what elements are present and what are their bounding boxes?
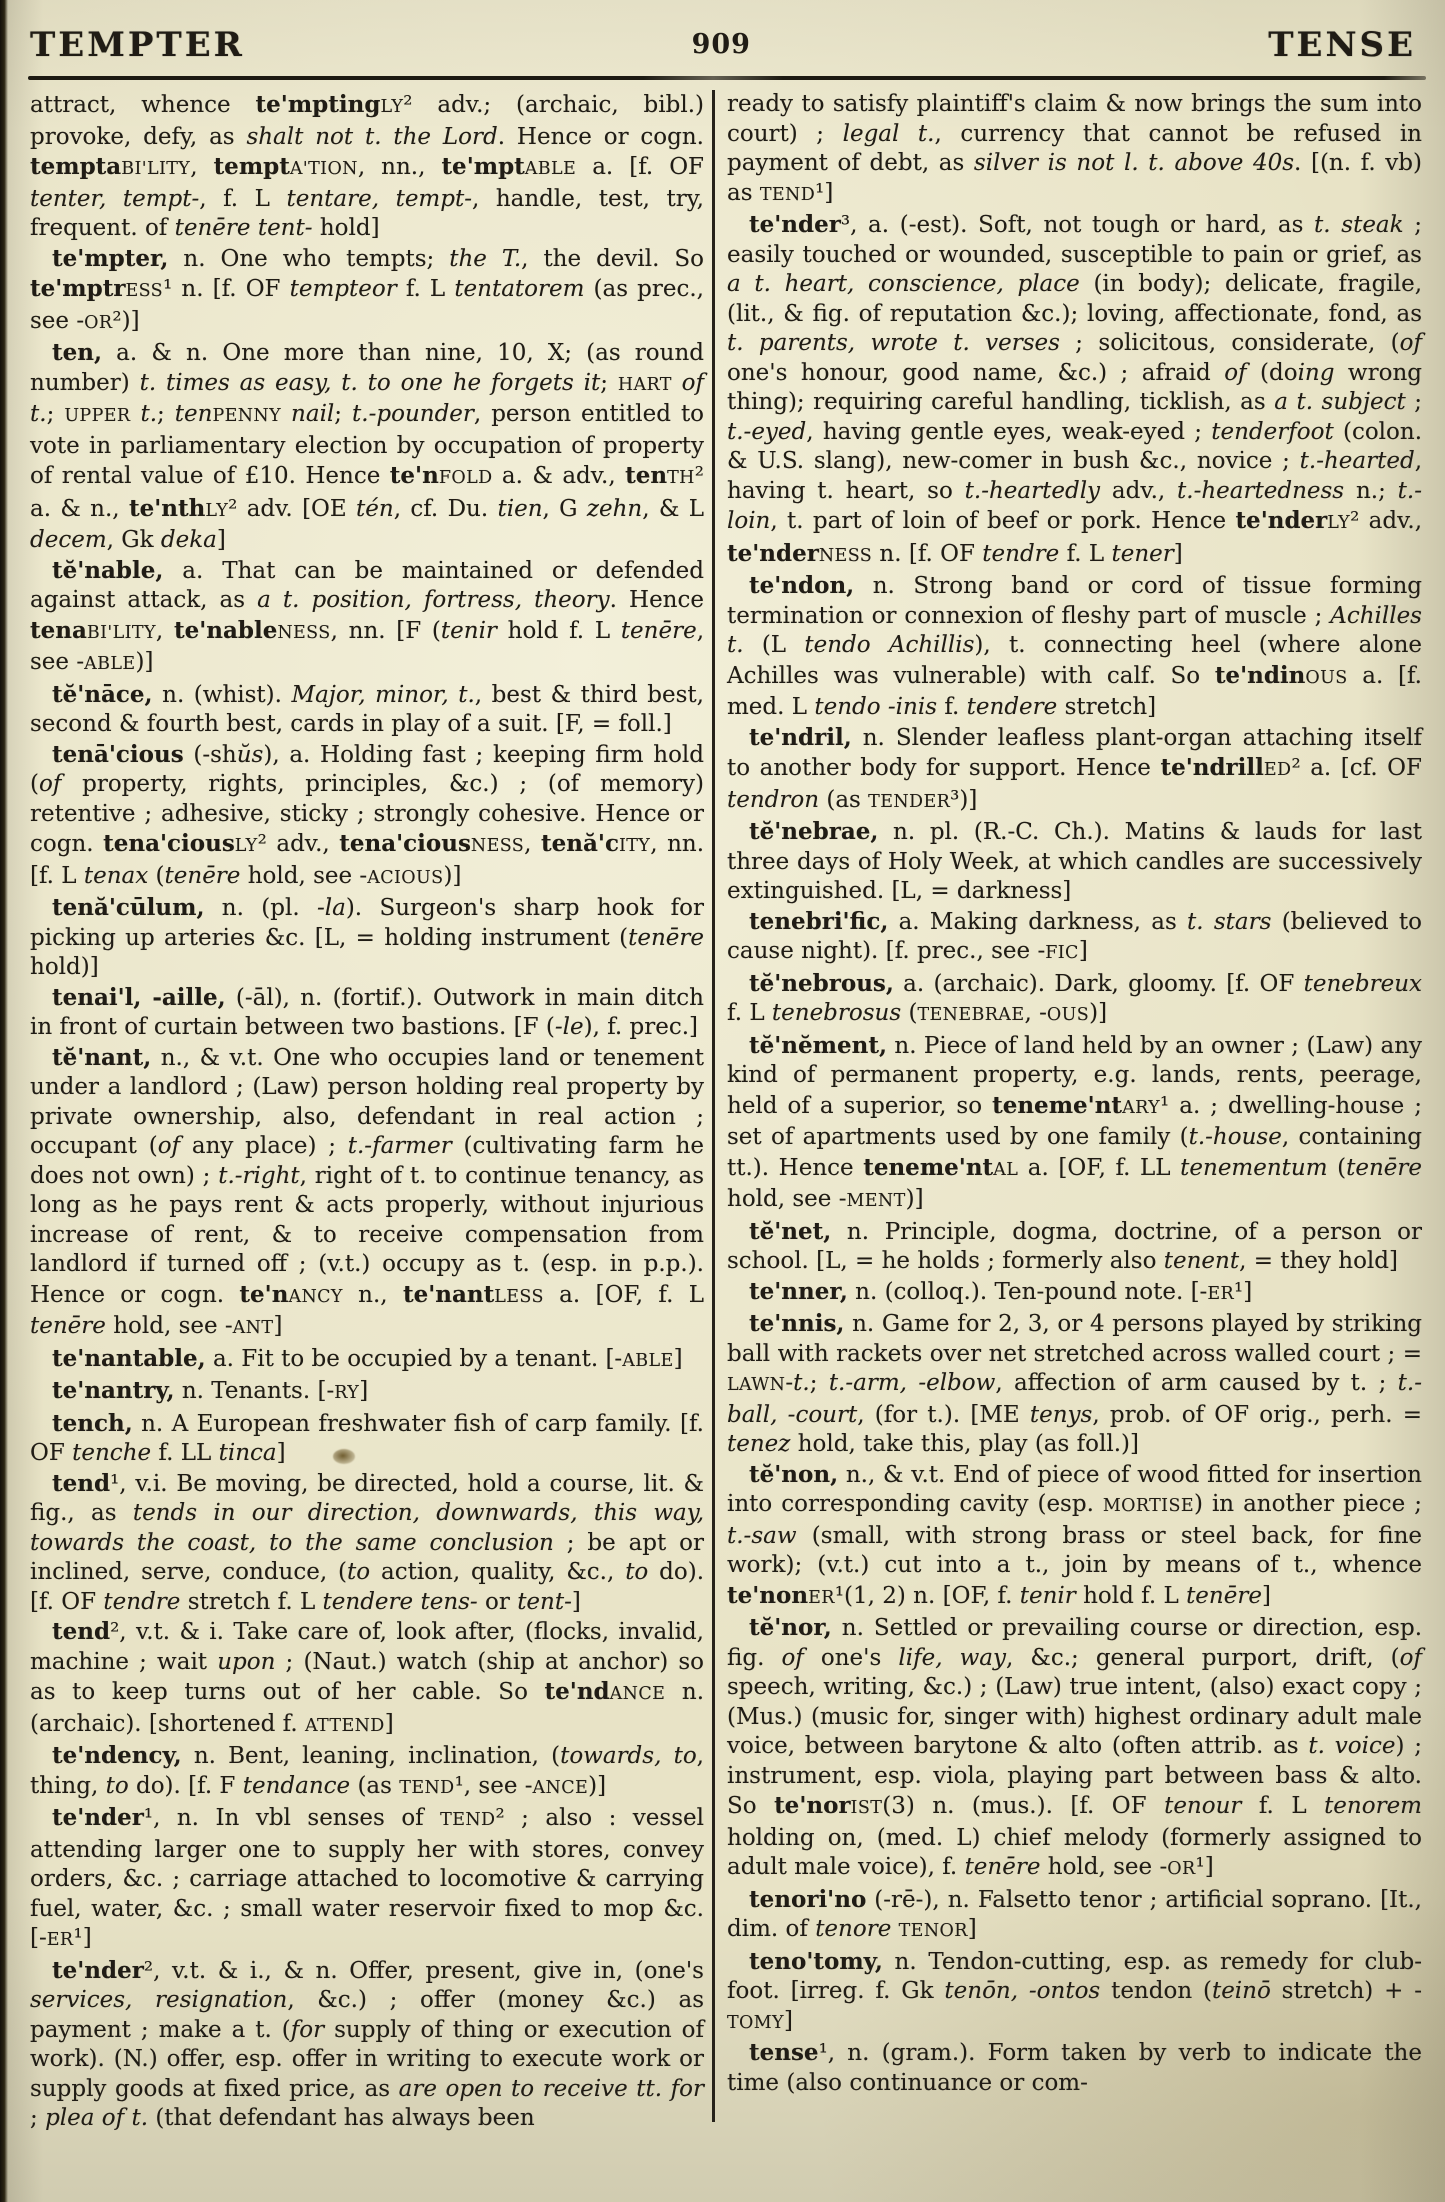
italic-text: t. stars: [1187, 909, 1271, 935]
headword: tĕ'nāce,: [52, 681, 153, 708]
dictionary-entry: tenā'cious (-shŭs), a. Holding fast ; ke…: [30, 740, 704, 894]
header-rule: [28, 76, 1426, 80]
headword: te'mpt: [441, 153, 524, 180]
italic-text: tén: [356, 496, 394, 522]
italic-text: t.: [140, 401, 157, 427]
small-caps-text: MENT: [846, 1191, 905, 1211]
small-caps-text: TENDER: [868, 792, 950, 812]
headword: te'nnis,: [749, 1310, 844, 1337]
italic-text: upon: [217, 1649, 275, 1675]
italic-text: ten: [175, 401, 213, 427]
italic-text: tenche: [72, 1440, 151, 1466]
headword: teneme'nt: [863, 1154, 993, 1181]
small-caps-text: TENEBRAE: [917, 1005, 1024, 1025]
headword: te'nder: [52, 1957, 144, 1984]
dictionary-entry: te'nder², v.t. & i., & n. Offer, present…: [30, 1956, 704, 2134]
italic-text: tien: [497, 496, 542, 522]
headword: tend: [52, 1618, 110, 1645]
italic-text: tenax: [84, 863, 148, 889]
italic-text: a t. subject: [1274, 389, 1406, 415]
dictionary-entry: tenai'l, -aille, (-āl), n. (fortif.). Ou…: [30, 983, 704, 1043]
italic-text: t.-heartedness: [1177, 478, 1344, 504]
italic-text: tenebrosus: [772, 1000, 901, 1026]
small-caps-text: ER: [47, 1930, 74, 1950]
left-column: attract, whence te'mptingLY² adv.; (arch…: [30, 90, 704, 2134]
small-caps-text: BI'LITY: [87, 623, 156, 643]
small-caps-text: OUS: [1047, 1005, 1089, 1025]
small-caps-text: UPPER: [64, 406, 130, 426]
dictionary-entry: te'ndon, n. Strong band or cord of tissu…: [727, 571, 1422, 723]
headword: tenai'l, -aille,: [52, 984, 226, 1011]
italic-text: tenēre: [165, 863, 241, 889]
headword: tena'cious: [339, 830, 471, 857]
headword: te'nant: [403, 1281, 494, 1308]
small-caps-text: ARY: [1122, 1098, 1160, 1118]
entry-continuation: attract, whence te'mptingLY² adv.; (arch…: [30, 90, 704, 244]
italic-text: -le: [555, 1014, 584, 1040]
small-caps-text: ABLE: [525, 159, 576, 179]
italic-text: decem: [30, 527, 107, 553]
small-caps-text: ED: [1264, 760, 1292, 780]
italic-text: tinca: [219, 1440, 277, 1466]
text-columns: attract, whence te'mptingLY² adv.; (arch…: [30, 90, 1422, 2134]
italic-text: for: [291, 2017, 324, 2043]
italic-text: tendre: [103, 1589, 180, 1615]
small-caps-text: ANCE: [610, 1684, 666, 1704]
small-caps-text: AL: [993, 1160, 1018, 1180]
dictionary-entry: teno'tomy, n. Tendon-cutting, esp. as re…: [727, 1947, 1422, 2039]
italic-text: t.-eyed: [727, 419, 806, 445]
headword: te'ndrill: [1160, 754, 1263, 781]
dictionary-entry: tense¹, n. (gram.). Form taken by verb t…: [727, 2038, 1422, 2098]
small-caps-text: ABLE: [84, 654, 135, 674]
italic-text: tendre: [982, 541, 1059, 567]
italic-text: t.-farmer: [348, 1133, 452, 1159]
headword: te'nantable,: [52, 1345, 206, 1372]
header-guide-word-left: TEMPTER: [30, 22, 245, 68]
right-column: ready to satisfy plaintiff's claim & now…: [727, 90, 1422, 2098]
headword: tenori'no: [749, 1886, 866, 1913]
italic-text: tenent: [1164, 1248, 1239, 1274]
headword: te'n: [390, 462, 439, 489]
small-caps-text: HART: [618, 375, 672, 395]
dictionary-entry: te'nantry, n. Tenants. [-RY]: [30, 1376, 704, 1409]
headword: tend: [52, 1470, 110, 1497]
headword: te'nd: [545, 1678, 610, 1705]
headword: tenebri'fic,: [749, 908, 888, 935]
headword: teneme'nt: [992, 1092, 1122, 1119]
headword: tenă'c: [541, 830, 619, 857]
small-caps-text: OUS: [1305, 668, 1347, 688]
small-caps-text: RY: [334, 1383, 359, 1403]
page-header: TEMPTER 909 TENSE: [30, 22, 1422, 68]
headword: tenā'cious: [52, 741, 184, 768]
dictionary-entry: tench, n. A European freshwater fish of …: [30, 1409, 704, 1469]
small-caps-text: NESS: [471, 836, 524, 856]
italic-text: of: [781, 1645, 803, 1671]
italic-text: shalt not t. the Lord: [246, 124, 497, 150]
dictionary-entry: tĕ'nor, n. Settled or prevailing course …: [727, 1613, 1422, 1885]
dictionary-entry: tĕ'non, n., & v.t. End of piece of wood …: [727, 1460, 1422, 1614]
italic-text: zehn: [587, 496, 642, 522]
italic-text: tenir: [1020, 1583, 1076, 1609]
small-caps-text: TOMY: [727, 2013, 784, 2033]
italic-text: t. parents, wrote t. verses: [727, 330, 1060, 356]
italic-text: legal t.: [843, 121, 935, 147]
dictionary-entry: tenori'no (-rē-), n. Falsetto tenor ; ar…: [727, 1885, 1422, 1947]
italic-text: of: [39, 771, 61, 797]
small-caps-text: OR: [84, 313, 112, 333]
small-caps-text: TH: [667, 468, 695, 488]
dictionary-entry: te'nder³, a. (-est). Soft, not tough or …: [727, 210, 1422, 571]
italic-text: to: [625, 1559, 648, 1585]
italic-text: Major, minor, t.: [292, 682, 475, 708]
column-divider: [712, 90, 715, 2122]
headword: tench,: [52, 1410, 133, 1437]
italic-text: t. voice: [1308, 1733, 1395, 1759]
italic-text: ŭs: [237, 742, 264, 768]
italic-text: t.-arm, -elbow: [829, 1370, 996, 1396]
small-caps-text: ANT: [233, 1318, 274, 1338]
small-caps-text: MORTISE: [1103, 1496, 1194, 1516]
italic-text: tenēre: [621, 618, 697, 644]
italic-text: nail: [291, 401, 334, 427]
italic-text: tenēre: [1186, 1583, 1262, 1609]
italic-text: tent-: [517, 1589, 572, 1615]
dictionary-entry: tenebri'fic, a. Making darkness, as t. s…: [727, 907, 1422, 969]
dictionary-entry: tend¹, v.i. Be moving, be directed, hold…: [30, 1469, 704, 1618]
italic-text: to: [106, 1773, 129, 1799]
small-caps-text: ESS: [125, 281, 163, 301]
italic-text: t.-pounder: [352, 401, 474, 427]
italic-text: towards, to: [560, 1743, 697, 1769]
headword: te'nner,: [749, 1278, 848, 1305]
italic-text: are open to receive tt. for: [399, 2076, 704, 2102]
italic-text: t.-house: [1189, 1124, 1282, 1150]
dictionary-entry: tĕ'nebrae, n. pl. (R.-C. Ch.). Matins & …: [727, 817, 1422, 907]
header-guide-word-right: TENSE: [1268, 22, 1416, 68]
headword: tĕ'non,: [749, 1461, 838, 1488]
headword: te'nth: [129, 495, 205, 522]
italic-text: tenēre: [30, 1313, 106, 1339]
headword: te'ndril,: [749, 724, 852, 751]
dictionary-entry: tĕ'nĕment, n. Piece of land held by an o…: [727, 1031, 1422, 1217]
small-caps-text: TENOR: [899, 1921, 968, 1941]
dictionary-entry: te'nnis, n. Game for 2, 3, or 4 persons …: [727, 1309, 1422, 1460]
italic-text: t.-heartedly: [965, 478, 1100, 504]
headword: tempt: [214, 153, 290, 180]
small-caps-text: FIC: [1045, 943, 1079, 963]
italic-text: tenir: [441, 618, 497, 644]
italic-text: tentare, tempt-: [286, 186, 472, 212]
italic-text: t. steak: [1314, 212, 1404, 238]
italic-text: t.-right: [218, 1163, 299, 1189]
small-caps-text: LY: [1327, 513, 1350, 533]
small-caps-text: ABLE: [622, 1351, 673, 1371]
italic-text: tenementum: [1180, 1155, 1327, 1181]
headword: tena: [30, 617, 87, 644]
small-caps-text: NESS: [819, 546, 872, 566]
small-caps-text: ITY: [619, 836, 650, 856]
italic-text: tendere tens-: [323, 1589, 478, 1615]
italic-text: t.-saw: [727, 1523, 797, 1549]
dictionary-entry: te'nantable, a. Fit to be occupied by a …: [30, 1344, 704, 1377]
small-caps-text: ANCY: [288, 1287, 342, 1307]
italic-text: the T.: [449, 246, 521, 272]
headword: tempta: [30, 153, 121, 180]
italic-text: tenebreux: [1304, 971, 1422, 997]
small-caps-text: ER: [808, 1588, 835, 1608]
headword: tense: [749, 2039, 819, 2066]
headword: te'mpter,: [52, 245, 168, 272]
italic-text: of: [1224, 360, 1246, 386]
italic-text: t. times as easy, t. to one he forgets i…: [140, 370, 601, 396]
dictionary-entry: tenă'cūlum, n. (pl. -la). Surgeon's shar…: [30, 893, 704, 983]
italic-text: tenderfoot: [1211, 419, 1333, 445]
headword: tĕ'nebrous,: [749, 970, 894, 997]
italic-text: teinō: [1212, 1978, 1271, 2004]
small-caps-text: LY: [380, 97, 403, 117]
headword: te'nder: [1235, 507, 1327, 534]
page-number: 909: [692, 25, 751, 65]
italic-text: tendo -inis: [814, 694, 937, 720]
small-caps-text: OR: [1167, 1859, 1195, 1879]
headword: tĕ'net,: [749, 1218, 831, 1245]
italic-text: tentatorem: [454, 276, 584, 302]
dictionary-entry: tĕ'nebrous, a. (archaic). Dark, gloomy. …: [727, 969, 1422, 1031]
small-caps-text: TEND: [399, 1778, 454, 1798]
headword: ten: [625, 462, 667, 489]
dictionary-entry: te'mpter, n. One who tempts; the T., the…: [30, 244, 704, 339]
small-caps-text: ANCE: [533, 1778, 589, 1798]
headword: tĕ'nor,: [749, 1614, 832, 1641]
small-caps-text: IST: [851, 1798, 883, 1818]
headword: tĕ'nable,: [52, 557, 163, 584]
italic-text: tenorem: [1324, 1793, 1422, 1819]
italic-text: ing: [1298, 360, 1335, 386]
headword: tena'cious: [103, 830, 235, 857]
italic-text: plea of t.: [45, 2105, 148, 2131]
italic-text: to: [347, 1559, 370, 1585]
headword: te'nantry,: [52, 1377, 175, 1404]
dictionary-entry: te'ndency, n. Bent, leaning, inclination…: [30, 1741, 704, 1803]
dictionary-entry: te'nner, n. (colloq.). Ten-pound note. […: [727, 1277, 1422, 1310]
small-caps-text: PENNY: [212, 406, 281, 426]
headword: te'nder: [52, 1804, 144, 1831]
italic-text: tenore: [815, 1916, 891, 1942]
italic-text: tenōn, -ontos: [944, 1978, 1100, 2004]
small-caps-text: LY: [205, 501, 228, 521]
headword: teno'tomy,: [749, 1948, 883, 1975]
dictionary-entry: tĕ'nable, a. That can be maintained or d…: [30, 556, 704, 680]
italic-text: tendance: [243, 1773, 350, 1799]
dictionary-entry: tĕ'net, n. Principle, dogma, doctrine, o…: [727, 1217, 1422, 1277]
headword: te'ndon,: [749, 572, 854, 599]
headword: te'mpting: [256, 91, 381, 118]
small-caps-text: TEND: [440, 1810, 495, 1830]
headword: tenă'cūlum,: [52, 894, 204, 921]
italic-text: tenys: [1030, 1402, 1092, 1428]
headword: te'nable: [174, 617, 277, 644]
italic-text: silver is not l. t. above 40s: [974, 150, 1294, 176]
italic-text: tenēre: [965, 1854, 1041, 1880]
italic-text: of: [1400, 330, 1422, 356]
small-caps-text: NESS: [277, 623, 330, 643]
dictionary-entry: ten, a. & n. One more than nine, 10, X; …: [30, 338, 704, 556]
italic-text: tener: [1112, 541, 1174, 567]
headword: te'mptr: [30, 275, 125, 302]
small-caps-text: A'TION: [290, 159, 358, 179]
italic-text: tendron: [727, 787, 819, 813]
italic-text: life, way: [898, 1645, 1006, 1671]
dictionary-entry: tend², v.t. & i. Take care of, look afte…: [30, 1617, 704, 1741]
dictionary-entry: tĕ'nant, n., & v.t. One who occupies lan…: [30, 1043, 704, 1344]
headword: tĕ'nant,: [52, 1044, 151, 1071]
italic-text: a t. heart, conscience, place: [727, 271, 1080, 297]
small-caps-text: ER: [1207, 1284, 1234, 1304]
small-caps-text: LY: [235, 836, 258, 856]
small-caps-text: TEND: [760, 185, 815, 205]
headword: ten,: [52, 339, 102, 366]
italic-text: tenēre tent-: [175, 215, 313, 241]
scan-edge-left: [0, 0, 8, 2202]
small-caps-text: ACIOUS: [367, 868, 443, 888]
headword: tĕ'nĕment,: [749, 1032, 887, 1059]
headword: te'ndin: [1215, 662, 1306, 689]
italic-text: services, resignation: [30, 1987, 287, 2013]
headword: te'nder: [727, 540, 819, 567]
italic-text: of: [1400, 1645, 1422, 1671]
italic-text: deka: [161, 527, 217, 553]
small-caps-text: FOLD: [439, 468, 493, 488]
italic-text: tenour: [1164, 1793, 1241, 1819]
italic-text: t.-hearted: [1300, 448, 1415, 474]
small-caps-text: BI'LITY: [121, 159, 190, 179]
small-caps-text: ATTEND: [305, 1716, 385, 1736]
italic-text: tempteor: [290, 276, 397, 302]
italic-text: t.: [793, 1370, 810, 1396]
italic-text: a t. position, fortress, theory: [257, 587, 609, 613]
small-caps-text: LAWN: [727, 1375, 785, 1395]
italic-text: tends in our direction, downwards, this …: [30, 1500, 704, 1556]
italic-text: tendere: [967, 694, 1058, 720]
headword: te'ndency,: [52, 1742, 182, 1769]
dictionary-entry: tĕ'nāce, n. (whist). Major, minor, t., b…: [30, 680, 704, 740]
dictionary-entry: te'ndril, n. Slender leafless plant-orga…: [727, 723, 1422, 818]
dictionary-entry: te'nder¹, n. In vbl senses of TEND² ; al…: [30, 1803, 704, 1956]
italic-text: tenēre: [628, 925, 704, 951]
italic-text: -la: [317, 895, 346, 921]
italic-text: tenez: [727, 1431, 790, 1457]
italic-text: tenter, tempt-: [30, 186, 199, 212]
headword: tĕ'nebrae,: [749, 818, 878, 845]
italic-text: of: [158, 1133, 180, 1159]
entry-continuation: ready to satisfy plaintiff's claim & now…: [727, 90, 1422, 210]
headword: te'n: [239, 1281, 288, 1308]
italic-text: tendo Achillis: [804, 632, 974, 658]
italic-text: tenēre: [1346, 1155, 1422, 1181]
headword: te'nor: [774, 1792, 850, 1819]
small-caps-text: LESS: [494, 1287, 544, 1307]
dictionary-page: TEMPTER 909 TENSE attract, whence te'mpt…: [0, 0, 1445, 2202]
headword: te'nder: [749, 211, 841, 238]
headword: te'non: [727, 1582, 808, 1609]
